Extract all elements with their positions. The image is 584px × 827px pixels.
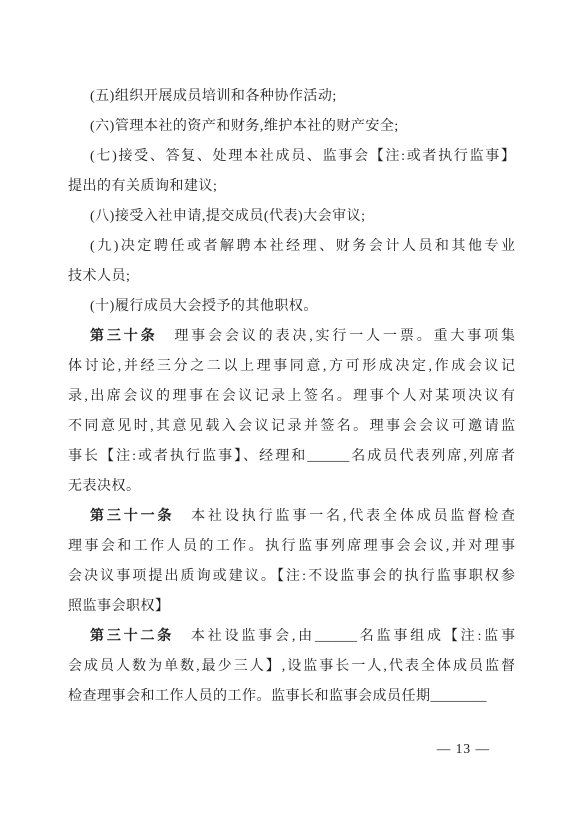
text-line: 不同意见时,其意见载入会议记录并签名。理事会会议可邀请监 — [68, 412, 515, 442]
text-segment: 理事会会议的表决,实行一人一票。重大事项集 — [157, 329, 515, 344]
text-segment: (六)管理本社的资产和财务,维护本社的财产安全; — [90, 119, 399, 134]
text-line: 提出的有关质询和建议; — [68, 172, 515, 202]
text-segment: 理事会和工作人员的工作。执行监事列席理事会会议,并对理事 — [68, 539, 515, 554]
text-segment: 会决议事项提出质询或建议。【注:不设监事会的执行监事职权参 — [68, 569, 515, 584]
document-page: (五)组织开展成员培训和各种协作活动;(六)管理本社的资产和财务,维护本社的财产… — [0, 0, 584, 827]
text-segment: 提出的有关质询和建议; — [68, 179, 217, 194]
text-line: 检查理事会和工作人员的工作。监事长和监事会成员任期________ — [68, 682, 515, 712]
text-line: (九)决定聘任或者解聘本社经理、财务会计人员和其他专业 — [68, 232, 515, 262]
text-line: 会决议事项提出质询或建议。【注:不设监事会的执行监事职权参 — [68, 562, 515, 592]
text-line: 理事会和工作人员的工作。执行监事列席理事会会议,并对理事 — [68, 532, 515, 562]
text-line: (五)组织开展成员培训和各种协作活动; — [68, 82, 515, 112]
blank-field: ________ — [431, 689, 487, 704]
document-body: (五)组织开展成员培训和各种协作活动;(六)管理本社的资产和财务,维护本社的财产… — [68, 82, 515, 712]
text-segment: (八)接受入社申请,提交成员(代表)大会审议; — [90, 209, 366, 224]
text-segment: 照监事会职权】 — [68, 599, 170, 614]
text-line: 照监事会职权】 — [68, 592, 515, 622]
text-segment: 第三十一条 — [90, 509, 174, 524]
text-line: (七)接受、答复、处理本社成员、监事会【注:或者执行监事】 — [68, 142, 515, 172]
text-segment: 本社设执行监事一名,代表全体成员监督检查 — [174, 509, 515, 524]
text-segment: 不同意见时,其意见载入会议记录并签名。理事会会议可邀请监 — [68, 419, 515, 434]
text-segment: (五)组织开展成员培训和各种协作活动; — [90, 89, 337, 104]
text-segment: 技术人员; — [68, 269, 130, 284]
text-segment: 第三十二条 — [90, 629, 174, 644]
text-line: 第三十条 理事会会议的表决,实行一人一票。重大事项集 — [68, 322, 515, 352]
text-line: 事长【注:或者执行监事】、经理和______名成员代表列席,列席者 — [68, 442, 515, 472]
text-segment: (七)接受、答复、处理本社成员、监事会【注:或者执行监事】 — [90, 149, 515, 164]
text-line: (八)接受入社申请,提交成员(代表)大会审议; — [68, 202, 515, 232]
page-number: — 13 — — [437, 741, 490, 757]
text-segment: 事长【注:或者执行监事】、经理和 — [68, 449, 307, 464]
text-line: 录,出席会议的理事在会议记录上签名。理事个人对某项决议有 — [68, 382, 515, 412]
text-segment: 本社设监事会,由 — [174, 629, 315, 644]
text-segment: 第三十条 — [90, 329, 157, 344]
text-line: 第三十二条 本社设监事会,由______名监事组成【注:监事 — [68, 622, 515, 652]
text-segment: 名成员代表列席,列席者 — [349, 449, 515, 464]
text-line: 会成员人数为单数,最少三人】,设监事长一人,代表全体成员监督 — [68, 652, 515, 682]
text-segment: 会成员人数为单数,最少三人】,设监事长一人,代表全体成员监督 — [68, 659, 515, 674]
text-line: 体讨论,并经三分之二以上理事同意,方可形成决定,作成会议记 — [68, 352, 515, 382]
text-segment: (九)决定聘任或者解聘本社经理、财务会计人员和其他专业 — [90, 239, 515, 254]
text-line: 无表决权。 — [68, 472, 515, 502]
text-line: 第三十一条 本社设执行监事一名,代表全体成员监督检查 — [68, 502, 515, 532]
blank-field: ______ — [315, 629, 357, 644]
text-segment: (十)履行成员大会授予的其他职权。 — [90, 299, 318, 314]
blank-field: ______ — [307, 449, 349, 464]
text-segment: 体讨论,并经三分之二以上理事同意,方可形成决定,作成会议记 — [68, 359, 515, 374]
text-segment: 无表决权。 — [68, 479, 141, 494]
text-segment: 检查理事会和工作人员的工作。监事长和监事会成员任期 — [68, 689, 431, 704]
text-line: (十)履行成员大会授予的其他职权。 — [68, 292, 515, 322]
text-segment: 名监事组成【注:监事 — [357, 629, 515, 644]
text-segment: 录,出席会议的理事在会议记录上签名。理事个人对某项决议有 — [68, 389, 515, 404]
text-line: 技术人员; — [68, 262, 515, 292]
text-line: (六)管理本社的资产和财务,维护本社的财产安全; — [68, 112, 515, 142]
